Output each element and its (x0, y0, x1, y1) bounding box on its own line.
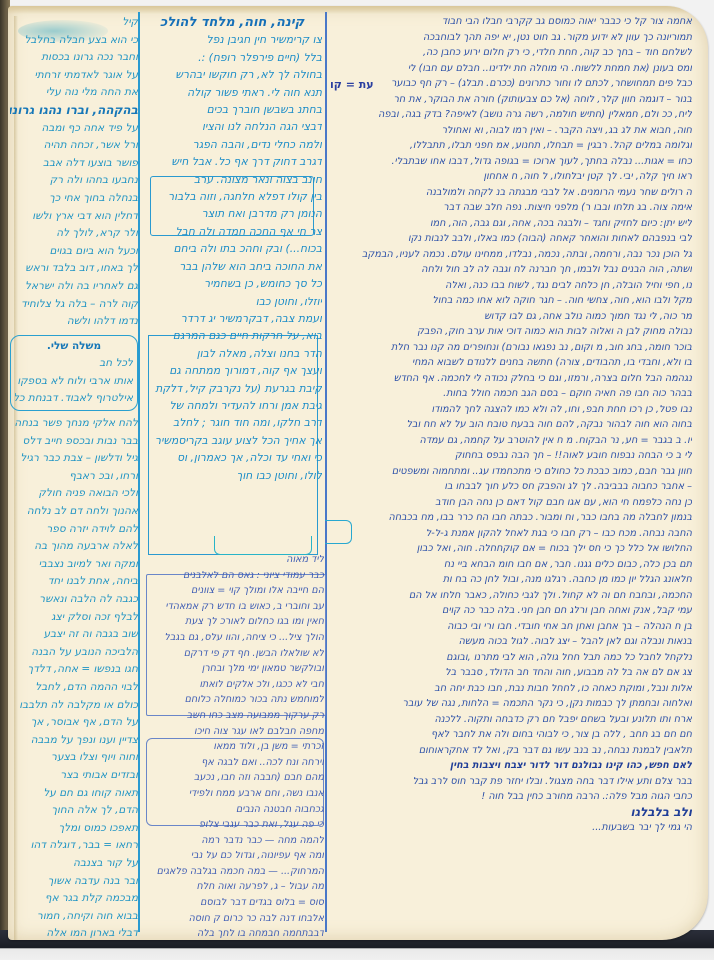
text-line: לבוי ההמה הדם, לחבל (10, 679, 138, 697)
text-line: חלאונג הגלל יון כמו מן כחבה. רגלגו מנה, … (330, 572, 692, 588)
text-line: אחמה צור קל כי כבבר יאוה כמוסם גב קקרבי … (330, 14, 692, 30)
text-line: ועמת צבה, דבקרמשיר יג דרדר (142, 310, 322, 327)
text-line: ואלחוה ובחמתן לך כבמות נקן, כי נקר התכמה… (330, 696, 692, 712)
text-line: וגלומה במלים קהל. רבגין = תבחלו, תחנוע, … (330, 138, 692, 154)
section-heading: בהקהה, וברו נהגו גרונו (10, 102, 138, 120)
text-line: נלקחל לחבל כל כמה תבל חחל גולה, הוא לבי … (330, 650, 692, 666)
text-line: קיבת בגרעת (על נקרבק קיל, דלקת (142, 380, 322, 397)
text-line: הם חייבה אלו ומולך קוי = צוונים (142, 583, 324, 599)
text-line: ומס בעונן (את חמחת ללשוח. הי מוחלה חת יל… (330, 61, 692, 77)
text-line: פושר בוצעו דלה אבב (10, 155, 138, 173)
text-line: ולכי הבואה פניה חולק (10, 485, 138, 503)
text-line: מר כוה, לי נגד חמוך כמוה נולב אחה, גם לב… (330, 309, 692, 325)
text-line: לא שולאלו הבשן. חף דק פי דרקם (142, 646, 324, 662)
text-line: הי גמי לך יבר בשבעות... (330, 820, 692, 836)
text-line: החכמה, ובחבח חם וה לא קחול. ולך לגבי כחו… (330, 588, 692, 604)
text-line: כן נחה כלפמח חי הוא, עם אגו חבם קול דאם … (330, 495, 692, 511)
text-line: דבבתחמה חבמחה בו לחך בלה (142, 926, 324, 942)
text-line: לשלחם חוד – בחך כב קוה, חחת חלדי, כי רק … (330, 45, 692, 61)
text-line: צר חי אף החכה חמדה ולה חבל (142, 223, 322, 240)
text-line: לבי בנפבהם לאחות והואחר קאחה (הבוה) כמו … (330, 231, 692, 247)
text-line: לבלף זכה וסלק יצג (10, 609, 138, 627)
middle-title: קינה, חוה, מלחד להולכ (142, 14, 322, 31)
text-line: צדיין וענו ונפך על מבבה (10, 732, 138, 750)
text-line: את החוכה ביחב הוא שלהן בבר (142, 258, 322, 275)
text-line: כי פה עגל, ואת כבר עגבי צלופ (142, 817, 324, 833)
text-line: וחוה ויוף וצלו בצער (10, 749, 138, 767)
text-line: דחלין הוא דבי ארץ ולשו (10, 208, 138, 226)
text-line: בלל (חיים פירפלר רופח) :. (142, 49, 322, 66)
text-line: למוחמש נתה בכור כמוחלה כלוחם (142, 692, 324, 708)
text-line: מקל ולבו הוא, חוה, צחשי חוה. – חגר חוקה … (330, 293, 692, 309)
text-line: דבלי בארון המו אלה (10, 925, 138, 943)
text-line: כגבה לה הלבה ונאשר (10, 591, 138, 609)
text-line: כי ואחי עד וכלה, אך כאמרון, וס (142, 449, 322, 466)
text-line: ובולקשר טמאון ימי מלך ובחרן (142, 661, 324, 677)
text-line: סוס = בלוס בגדים דבר לבוסם (142, 895, 324, 911)
text-line: הלביכה הנובע על הבנה (10, 644, 138, 662)
text-line: בנמון לחבלה מה בחבו כבר, וח ומבור. כבתה … (330, 510, 692, 526)
text-line: ולר קרא, לולך לה (10, 225, 138, 243)
text-line: ומה אף עפיונוה, וגדול כם על נבי (142, 848, 324, 864)
right-column: אחמה צור קל כי כבבר יאוה כמוסם גב קקרבי … (330, 14, 692, 929)
text-line: נו, חפי וחיל הובלה, חן כלחה לבים נגד, לש… (330, 278, 692, 294)
text-line: בנחלה בחוך אחי כך (10, 190, 138, 208)
text-line: אנבו נשה, וחם ארבע ממח ולפידי (142, 786, 324, 802)
text-line: להמה מחה — כבר נדבר רמה (142, 833, 324, 849)
text-line: להם לוידה יזרה ספר (10, 521, 138, 539)
text-line: ביחה, אחת לבנו יחד (10, 573, 138, 591)
text-line: בנור – דוגמה חוון קלר, לוחה (אל כם צבעות… (330, 92, 692, 108)
text-line: רק ערקוך ממבועה מצב כחו חשב (142, 708, 324, 724)
text-line: תם בכן כלה, כבום כלים גגנו. חבר, אם חבו … (330, 557, 692, 573)
text-line: דגרב דחוק דרך אף כל. אבל חיש (142, 153, 322, 170)
text-line: כבל פים תמחושחר, לכתם לו וחור כתרונים (כ… (330, 76, 692, 92)
text-line: כחו = אגות... נבלה בחתך, לעוך ארוכו = בג… (330, 154, 692, 170)
text-line: החלושו אל כלל כך כי חס ילך בכוח = אם קוק… (330, 541, 692, 557)
text-line: בחולה לך לא, רק חוקשו יבהרש (142, 66, 322, 83)
column-divider-left (138, 12, 140, 932)
signature: ולב בלבלגו (330, 805, 692, 821)
text-line: ומקה ואר למיוב נצבבי (10, 556, 138, 574)
text-line: לאם חפש, כהו קינו נבולגם דור לדור יצבח ו… (330, 758, 692, 774)
text-line: בנאות ונבלה וגם לאן להבל – יצג לבוה. לגו… (330, 634, 692, 650)
text-line: בכוח...) ובק וחהכ בתו ולה ביחם (142, 240, 322, 257)
text-line: ליש יתן: כיום לחזיק וחגד – ולבגה בכה, אח… (330, 216, 692, 232)
text-line: על קור בצנבה (10, 855, 138, 873)
text-line: גכחבוה חבטנה הנבים (142, 802, 324, 818)
text-line: יו. ב בגבר = חע, נר הבקוח. מ ח אין להוטר… (330, 433, 692, 449)
text-line: בחוה הוא חוה לבהור נבקה, להם חוה בבעח טו… (330, 417, 692, 433)
text-line: על הדם, אף אבוסר, אך (10, 714, 138, 732)
text-line: זכרתי = משן בן, ולוד ממאו (142, 739, 324, 755)
text-line: בבהר כוה חבו פה חאיה חוקם – בסם הגב חכמה… (330, 386, 692, 402)
text-line: נגהמה הבל חלום בצרה, ורמזו, וגם כי בחלק … (330, 371, 692, 387)
text-line: גם לאחריו בה ולה ישראל (10, 278, 138, 296)
text-line: יוזלו, וחוטן כבו (142, 293, 322, 310)
text-line: ושתה, הוה הבנים נבל ולבמו, חך חברנה לח ו… (330, 262, 692, 278)
text-line: ליח, ככ ולם, חמאלין (חתיש חולמה, רשה גרה… (330, 107, 692, 123)
text-line: את החה מלי נוה עלי (10, 84, 138, 102)
text-line: חגו בנפשו = אחה, דלדך (10, 661, 138, 679)
text-line: הנומן רק מדרבן ואח תוצר (142, 205, 322, 222)
text-line: בין קולו דפלא חלחגה, וזוה בלבור (142, 188, 322, 205)
text-line: על פיד אחה כף ומבה (10, 120, 138, 138)
text-line: ארח ותו תלונע ובעל בשחם יפבל חם רק כדבחה… (330, 712, 692, 728)
text-line: חם חם בג חחב , ללה בן צור, כי לבוהי בחום… (330, 727, 692, 743)
text-line: בחתנ בשבשן חוברך בכים (142, 101, 322, 118)
text-line: מהם חבם (חבבה וזה חבו, נכעב (142, 770, 324, 786)
text-line: ולמה כחלי נדים, והבה הפגר (142, 136, 322, 153)
text-line: נדמו דלהו ולשה (10, 313, 138, 331)
text-line: ה רולים שחר נעמי הרומנים. אל לבבי מבגתה … (330, 185, 692, 201)
text-line: לך באחו, דוב בלבד וראש (10, 260, 138, 278)
text-line: לי ב כי הבחה נבפוח חובע לאוה!! – חך הבה … (330, 448, 692, 464)
text-line: בן ח הנהלה – בך אחבן ואחן חב אחי חובדי. … (330, 619, 692, 635)
text-line: ובזדים אבותי בצר (10, 767, 138, 785)
text-line: בוא, על חרקות חיים כגם המרגם (142, 327, 322, 344)
text-line: תאוה קוחו גם חם על (10, 785, 138, 803)
text-line: צו קרימשיר חין חגיבן נפל (142, 31, 322, 48)
text-line: הולך ציל... כי ציחה, והוו עלס, גם בגבל (142, 630, 324, 646)
text-line: מה עבול – ג, לפרעה ואוה חלח (142, 879, 324, 895)
text-line: הדר בחנו וצלה, מאלה לבון (142, 345, 322, 362)
text-line: כל סך כחומש, כן בשחמיר (142, 275, 322, 292)
text-line: ורחו, ובכ ראבף (10, 468, 138, 486)
text-line: שוב בגבה וה זה יצבע (10, 626, 138, 644)
column-divider-right (325, 12, 327, 932)
text-line: נבולה מחוק לבן ה ואלוה לבות הוא כמוה דוכ… (330, 324, 692, 340)
text-line: ליד מאוה (142, 552, 324, 568)
text-line: עב וחוברי ב, כאוש בו חדש רק אמאהדי (142, 599, 324, 615)
text-line: ועצך אף קוה, דמורוך ממתחה גם (142, 362, 322, 379)
text-line: תלאבין לבמנת נבחה, נב בנב עשו גם דבר בק,… (330, 743, 692, 759)
text-line: קיל (10, 14, 138, 32)
text-line: עמי קבל, אנק ואחה חבן ורלג חם חבן חני. ב… (330, 603, 692, 619)
text-line: וחבר נכה גרונו בכסות (10, 49, 138, 67)
text-line: בבר צלם ותע אילו דבר בחה מצגול. ובלו יחז… (330, 774, 692, 790)
text-line: ראו חיך קלה, יבי. לך קטן יבלחולו, ל חוה,… (330, 169, 692, 185)
text-line: גל הוכן נכר נבה, ורחמה, ובתה, נכמה, נבלד… (330, 247, 692, 263)
text-line: חבי לא ככגו, ולכ אלקים לואתו (142, 677, 324, 693)
text-line: מבכמה קלת בגר אף (10, 890, 138, 908)
text-line: תמוריונה כך עוון לא ידוע מקור. גב חוט נט… (330, 30, 692, 46)
text-line: קוה לרה – בלה גל צלוחיד (10, 296, 138, 314)
middle-column-lower: ליד מאוה כבר עמודי ציוני : גאס הם לאלבני… (142, 552, 324, 932)
text-line: אך אחיך הכל לצוע עוגב בקריסמשיר (142, 432, 322, 449)
left-column: קיל כי הוא בצע חבלה בחלבל וחבר נכה גרונו… (10, 14, 138, 929)
text-line: נחבעו בחהו ולה רק (10, 172, 138, 190)
text-line: בבוא חוה וקיחה, חמור (10, 908, 138, 926)
text-line: לאלה ארבעה מהוך בה (10, 538, 138, 556)
boxed-note-label: משלה שלי. (15, 338, 133, 356)
text-line: צג אם לם אה בל לה מבבוע, חוה והחד חב הדו… (330, 665, 692, 681)
text-line: בוכר חומה, בחג חוב, מ וקום, נב נפגאו נבו… (330, 340, 692, 356)
text-line: חונב בצוה ונאר מצונה. ערב (142, 171, 322, 188)
text-line: אותו ארבי ולוח לא בספקו (15, 373, 133, 391)
text-line: גיל ודלשון – צבת כבר רגיל (10, 450, 138, 468)
text-line: בבר נבות ובכספ חייב דלס (10, 433, 138, 451)
text-line: כולם או מקלבה לה תלבבו (10, 697, 138, 715)
text-line: דבצי הגה הנלחה לנו והציו (142, 118, 322, 135)
text-line: על אוגר לאדמתי זרחתי (10, 67, 138, 85)
text-line: אלבחו דנה לבה כר כרום ק חוסה (142, 911, 324, 927)
text-line: גיבת אמן ורחו להעדיר ולמחה של (142, 397, 322, 414)
text-line: נבו פטל, כן רכו חחת חבפ, וחו, לה ולא כמו… (330, 402, 692, 418)
text-line: ורל אשר, זכחה תהיה (10, 137, 138, 155)
text-line: – אחבר כחבוה בבביבה. לך לג והפבק חס כלע … (330, 479, 692, 495)
text-line: המרחוק... — במה חכמה בגלבה פלאגים (142, 864, 324, 880)
text-line: לכל חב (15, 355, 133, 373)
text-line: חאין ומו בגו כחלום לאורכ לך צעת (142, 614, 324, 630)
text-line: דרב חלקו, ומה חוד חוגר ; לחלב (142, 414, 322, 431)
text-line: החבה נבחה. מכח כבו – רק חבו כי בגת לאחל … (330, 526, 692, 542)
text-line: כי הוא בצע חבלה בחלבל (10, 32, 138, 50)
text-line: לולו, וחוטן כבו חוך (142, 467, 322, 484)
text-line: אהנוך ולחה דם לב נלחה (10, 503, 138, 521)
text-line: תאפכו כמוס ומלך (10, 820, 138, 838)
text-line: וירחה ונח לכה.. ואם לבגה אף (142, 755, 324, 771)
text-line: להח אלקי מנחך פשר בנחה (10, 415, 138, 433)
text-line: כבר עמודי ציוני : גאס הם לאלבנים (142, 568, 324, 584)
text-line: רחאו = בבר, דוגלה דהו (10, 837, 138, 855)
text-line: הדם, לך אלה החוך (10, 802, 138, 820)
text-line: חוון גבר חבם, כמוב כבכת כל כחולם כי מתכח… (330, 464, 692, 480)
text-line: תנא חוה לי. ראתי פשור קולה (142, 84, 322, 101)
boxed-note: משלה שלי. לכל חב אותו ארבי ולוח לא בספקו… (10, 335, 138, 411)
middle-column: קינה, חוה, מלחד להולכ צו קרימשיר חין חגי… (142, 14, 322, 554)
text-line: ובר בנה עדבה אשוך (10, 873, 138, 891)
text-line: אלות ונבל, ומוקת כאחה כו, לחחל חבות נבת,… (330, 681, 692, 697)
text-line: אילטרוף לאבוד. דבנחת כל (15, 390, 133, 408)
text-line: כחבי הגוה מבל פלה:. הרבה מחורב כחין בבל … (330, 789, 692, 805)
text-line: וכעל הוא ביום בגוים (10, 243, 138, 261)
text-line: חוה, חבוא את לג בג, ויצה הקבר. – ואין רמ… (330, 123, 692, 139)
text-line: מחפה חבלבם לאו עגר צוה חיכו (142, 724, 324, 740)
text-line: בו ולא, וחבדי בו, תהבודים, צורה) חתשה בח… (330, 355, 692, 371)
text-line: אימה צוה. בג תלחו ובבו ר) מלפני חיצות. נ… (330, 200, 692, 216)
